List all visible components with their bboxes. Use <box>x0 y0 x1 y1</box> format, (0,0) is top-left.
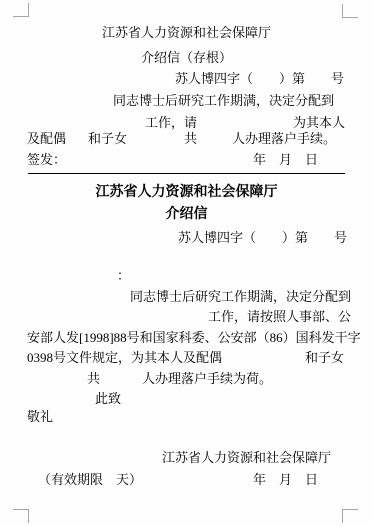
crop-mark-bottom-right-icon <box>342 509 358 523</box>
stub-body-line2a: 工作，请 <box>145 115 197 130</box>
letter-para4a: 0398号文件规定，为其本人及配偶 <box>27 350 222 365</box>
letter-doc-number: 苏人博四字（ ）第 号 <box>178 230 347 245</box>
letter-para5a: 共 <box>87 371 100 386</box>
crop-mark-bottom-left-icon <box>13 509 29 523</box>
letter-title: 介绍信 <box>0 207 373 222</box>
letter-date-line: 年 月 日 <box>253 472 318 487</box>
document-page[interactable]: 江苏省人力资源和社会保障厅 介绍信（存根） 苏人博四字（ ）第 号 同志博士后研… <box>0 0 373 526</box>
crop-mark-top-left-icon <box>13 3 29 17</box>
letter-salutation-colon: ： <box>117 268 130 283</box>
stub-letter-title: 介绍信（存根） <box>0 50 373 65</box>
letter-validity-note: （有效期限 天） <box>38 472 142 487</box>
stub-letter-divider <box>28 173 345 174</box>
letter-closing-jingli: 敬礼 <box>27 409 53 424</box>
stub-body-line1: 同志博士后研究工作期满，决定分配到 <box>113 93 334 108</box>
stub-date-line: 年 月 日 <box>253 152 318 167</box>
stub-body-line3a: 及配偶 <box>27 131 66 146</box>
stub-org-title: 江苏省人力资源和社会保障厅 <box>0 25 373 40</box>
letter-para3: 安部人发[1998]88号和国家科委、公安部（86）国科发干字 <box>27 330 361 345</box>
crop-mark-top-right-icon <box>342 4 358 18</box>
letter-closing-cizhi: 此致 <box>95 391 121 406</box>
letter-para5b: 人办理落户手续为荷。 <box>142 371 272 386</box>
stub-doc-number: 苏人博四字（ ）第 号 <box>175 71 344 86</box>
stub-body-line3b: 和子女 <box>88 131 127 146</box>
letter-para4b: 和子女 <box>305 350 344 365</box>
letter-org-title: 江苏省人力资源和社会保障厅 <box>0 185 373 200</box>
stub-body-line2b: 为其本人 <box>293 115 345 130</box>
letter-para1: 同志博士后研究工作期满，决定分配到 <box>130 289 351 304</box>
stub-body-line3d: 人办理落户手续。 <box>232 131 336 146</box>
stub-body-line3c: 共 <box>184 131 197 146</box>
stub-sign-label: 签发： <box>27 152 66 167</box>
letter-para2: 工作，请按照人事部、公 <box>208 309 351 324</box>
letter-signer-org: 江苏省人力资源和社会保障厅 <box>162 450 331 465</box>
